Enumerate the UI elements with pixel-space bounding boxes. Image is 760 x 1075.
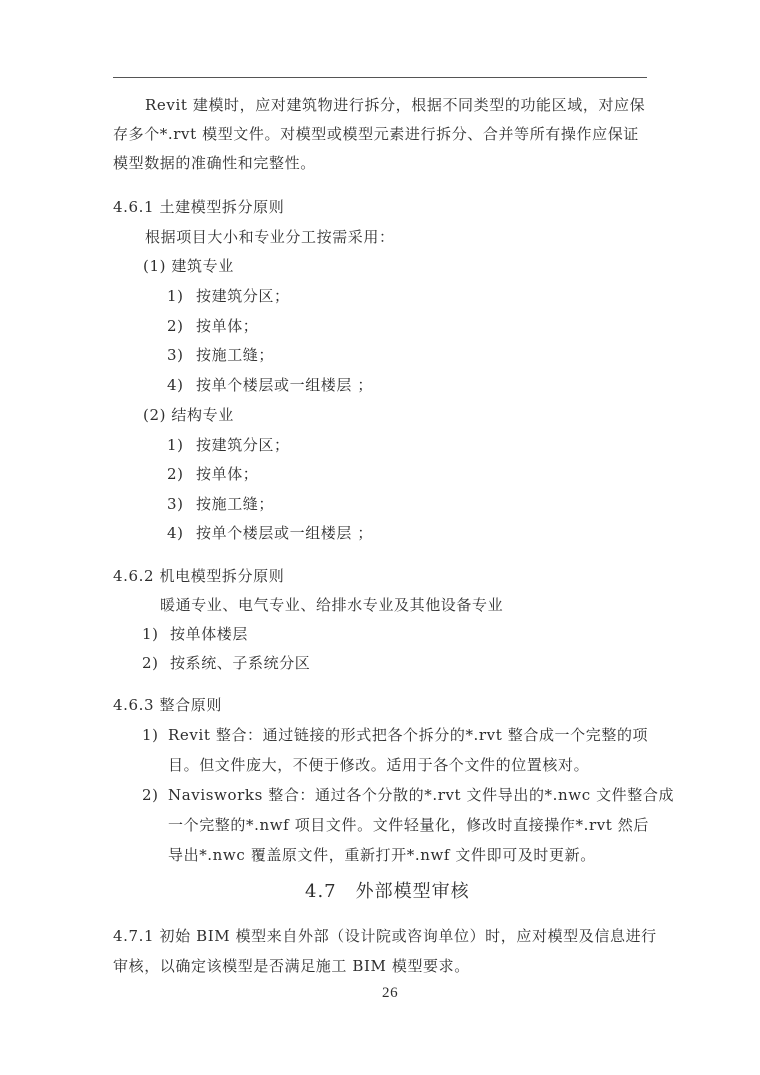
header-rule (113, 77, 647, 78)
list-item-num: 2) (142, 653, 159, 673)
list-item-num: 2) (167, 316, 184, 336)
intro-line-2: 存多个*.rvt 模型文件。对模型或模型元素进行拆分、合并等所有操作应保证 (113, 124, 639, 144)
list-item: 按单体； (196, 464, 258, 484)
document-page: Revit 建模时，应对建筑物进行拆分，根据不同类型的功能区域，对应保 存多个*… (0, 0, 760, 1075)
paragraph-4-7-1-line-2: 审核，以确定该模型是否满足施工 BIM 模型要求。 (113, 956, 470, 976)
section-heading-4-6-3: 4.6.3 整合原则 (113, 695, 222, 715)
list-item: 按单个楼层或一组楼层 ； (196, 375, 373, 395)
list-item-num: 1) (167, 435, 184, 455)
group-label-architecture: (1) 建筑专业 (143, 256, 234, 276)
list-item-num: 4) (167, 375, 184, 395)
list-item: 按施工缝； (196, 494, 274, 514)
list-item: 按系统、子系统分区 (170, 653, 310, 673)
list-item-line: Navisworks 整合：通过各个分散的*.rvt 文件导出的*.nwc 文件… (168, 785, 674, 805)
list-item-num: 3) (167, 494, 184, 514)
list-item-num: 1) (142, 624, 159, 644)
section-heading-4-6-2: 4.6.2 机电模型拆分原则 (113, 566, 284, 586)
list-item: 按建筑分区； (196, 435, 290, 455)
section-heading-4-6-1: 4.6.1 土建模型拆分原则 (113, 197, 284, 217)
intro-line-1: Revit 建模时，应对建筑物进行拆分，根据不同类型的功能区域，对应保 (145, 95, 645, 115)
page-number: 26 (382, 983, 398, 1003)
list-item-num: 1) (167, 286, 184, 306)
list-item: 按单个楼层或一组楼层 ； (196, 523, 373, 543)
section-lead-4-6-2: 暖通专业、电气专业、给排水专业及其他设备专业 (160, 595, 503, 615)
section-heading-4-7: 4.7 外部模型审核 (305, 880, 470, 904)
list-item-num: 2) (142, 785, 159, 805)
list-item-num: 1) (142, 725, 159, 745)
list-item: 按施工缝； (196, 345, 274, 365)
intro-line-3: 模型数据的准确性和完整性。 (113, 153, 316, 173)
paragraph-4-7-1-line-1: 4.7.1 初始 BIM 模型来自外部（设计院或咨询单位）时，应对模型及信息进行 (113, 926, 657, 946)
list-item-line: Revit 整合：通过链接的形式把各个拆分的*.rvt 整合成一个完整的项 (168, 725, 648, 745)
list-item: 按单体； (196, 316, 258, 336)
list-item-line: 一个完整的*.nwf 项目文件。文件轻量化，修改时直接操作*.rvt 然后 (168, 815, 649, 835)
list-item-line: 目。但文件庞大，不便于修改。适用于各个文件的位置核对。 (168, 755, 589, 775)
list-item-num: 2) (167, 464, 184, 484)
list-item-num: 4) (167, 523, 184, 543)
list-item: 按建筑分区； (196, 286, 290, 306)
list-item: 按单体楼层 (170, 624, 248, 644)
list-item-num: 3) (167, 345, 184, 365)
section-lead-4-6-1: 根据项目大小和专业分工按需采用： (145, 227, 395, 247)
group-label-structure: (2) 结构专业 (143, 405, 234, 425)
list-item-line: 导出*.nwc 覆盖原文件，重新打开*.nwf 文件即可及时更新。 (168, 845, 596, 865)
